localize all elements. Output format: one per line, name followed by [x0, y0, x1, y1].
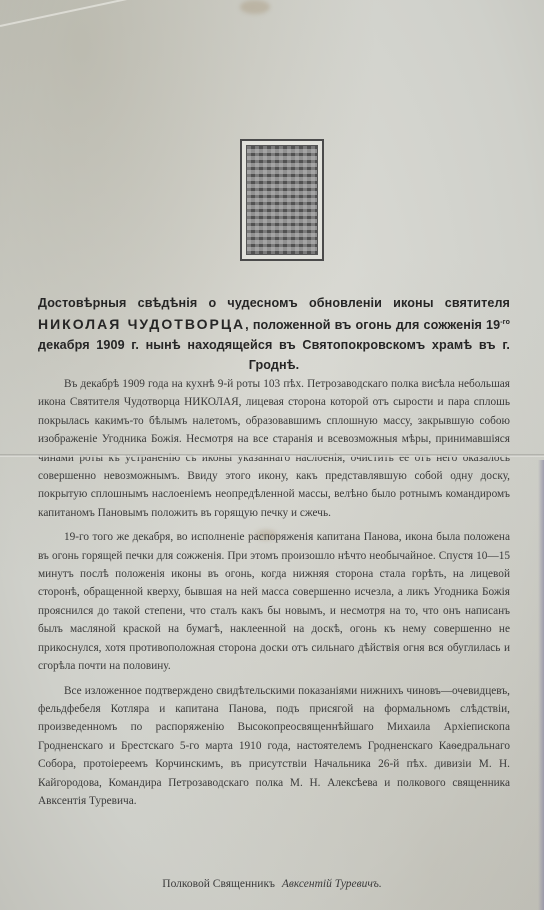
signature-name: Авксентій Туревичъ.: [282, 878, 382, 890]
title-text: декабря 1909 г. нынѣ находящейся въ Свят…: [38, 338, 510, 372]
signature: Полковой Священникъ Авксентій Туревичъ.: [0, 878, 544, 890]
paper-fold: [0, 454, 544, 457]
paper-stain: [240, 0, 270, 14]
signature-title: Полковой Священникъ: [162, 878, 275, 890]
icon-image: [246, 145, 318, 255]
paragraph: Въ декабрѣ 1909 года на кухнѣ 9-й роты 1…: [38, 375, 510, 522]
title-saint-name: НИКОЛАЯ ЧУДОТВОРЦА: [38, 316, 245, 332]
document-title: Достовѣрныя свѣдѣнія о чудесномъ обновле…: [38, 293, 510, 375]
title-text: Достовѣрныя свѣдѣнія о чудесномъ обновле…: [38, 296, 510, 310]
document-body: Въ декабрѣ 1909 года на кухнѣ 9-й роты 1…: [38, 375, 510, 816]
title-superscript: -го: [500, 319, 510, 326]
paper-edge: [538, 460, 544, 910]
icon-image-frame: [240, 139, 324, 261]
paragraph: 19-го того же декабря, во исполненіе рас…: [38, 528, 510, 675]
paragraph: Все изложенное подтверждено свидѣтельски…: [38, 682, 510, 811]
title-text: , положенной въ огонь для сожженія 19: [245, 318, 500, 332]
